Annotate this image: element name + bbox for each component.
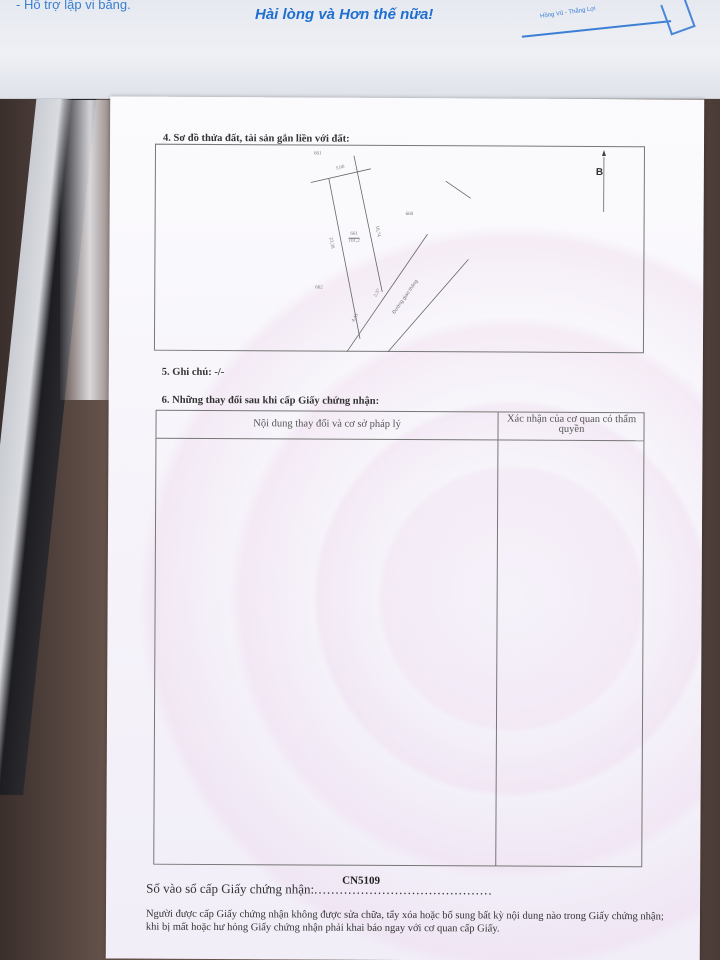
parcel-662: 662 (315, 286, 323, 291)
column-divider (495, 412, 498, 865)
header-change-content: Nội dung thay đổi và cơ sở pháp lý (157, 418, 498, 431)
parcel-map-drawing (155, 145, 646, 355)
parcel-center-label: 661101,2 (348, 232, 359, 245)
parcel-number: 661 (349, 232, 360, 239)
registry-dots: ........................................… (314, 882, 493, 898)
sleeve-stamp-icon (660, 0, 695, 35)
plastic-sleeve: - Hỗ trợ lập vi bằng. Hài lòng và Hơn th… (0, 0, 720, 99)
changes-table: Nội dung thay đổi và cơ sở pháp lý Xác n… (153, 410, 644, 868)
registry-line: Số vào sổ cấp Giấy chứng nhận:..........… (146, 881, 493, 899)
north-arrow-icon (602, 150, 606, 156)
section5-note: 5. Ghi chú: -/- (162, 367, 224, 378)
parcel-map: B 661 5,00 660 662 661101,2 23,38 18,74 … (154, 144, 645, 354)
sleeve-slogan: Hài lòng và Hơn thế nữa! (255, 6, 433, 23)
certificate-page: 4. Sơ đồ thửa đất, tài sản gắn liền với … (106, 96, 705, 960)
parcel-area: 101,2 (348, 239, 359, 245)
footnote: Người được cấp Giấy chứng nhận không đượ… (146, 908, 666, 937)
header-divider (156, 438, 643, 442)
parcel-661-top: 661 (314, 152, 322, 157)
sleeve-service-text: - Hỗ trợ lập vi bằng. (16, 0, 131, 12)
section6-title: 6. Những thay đổi sau khi cấp Giấy chứng… (162, 395, 379, 407)
parcel-660: 660 (406, 212, 414, 217)
registry-number: CN5109 (342, 875, 380, 887)
registry-label: Số vào sổ cấp Giấy chứng nhận: (146, 881, 314, 897)
header-authority-confirmation: Xác nhận của cơ quan có thẩm quyền (498, 414, 644, 435)
north-label: B (596, 167, 603, 178)
